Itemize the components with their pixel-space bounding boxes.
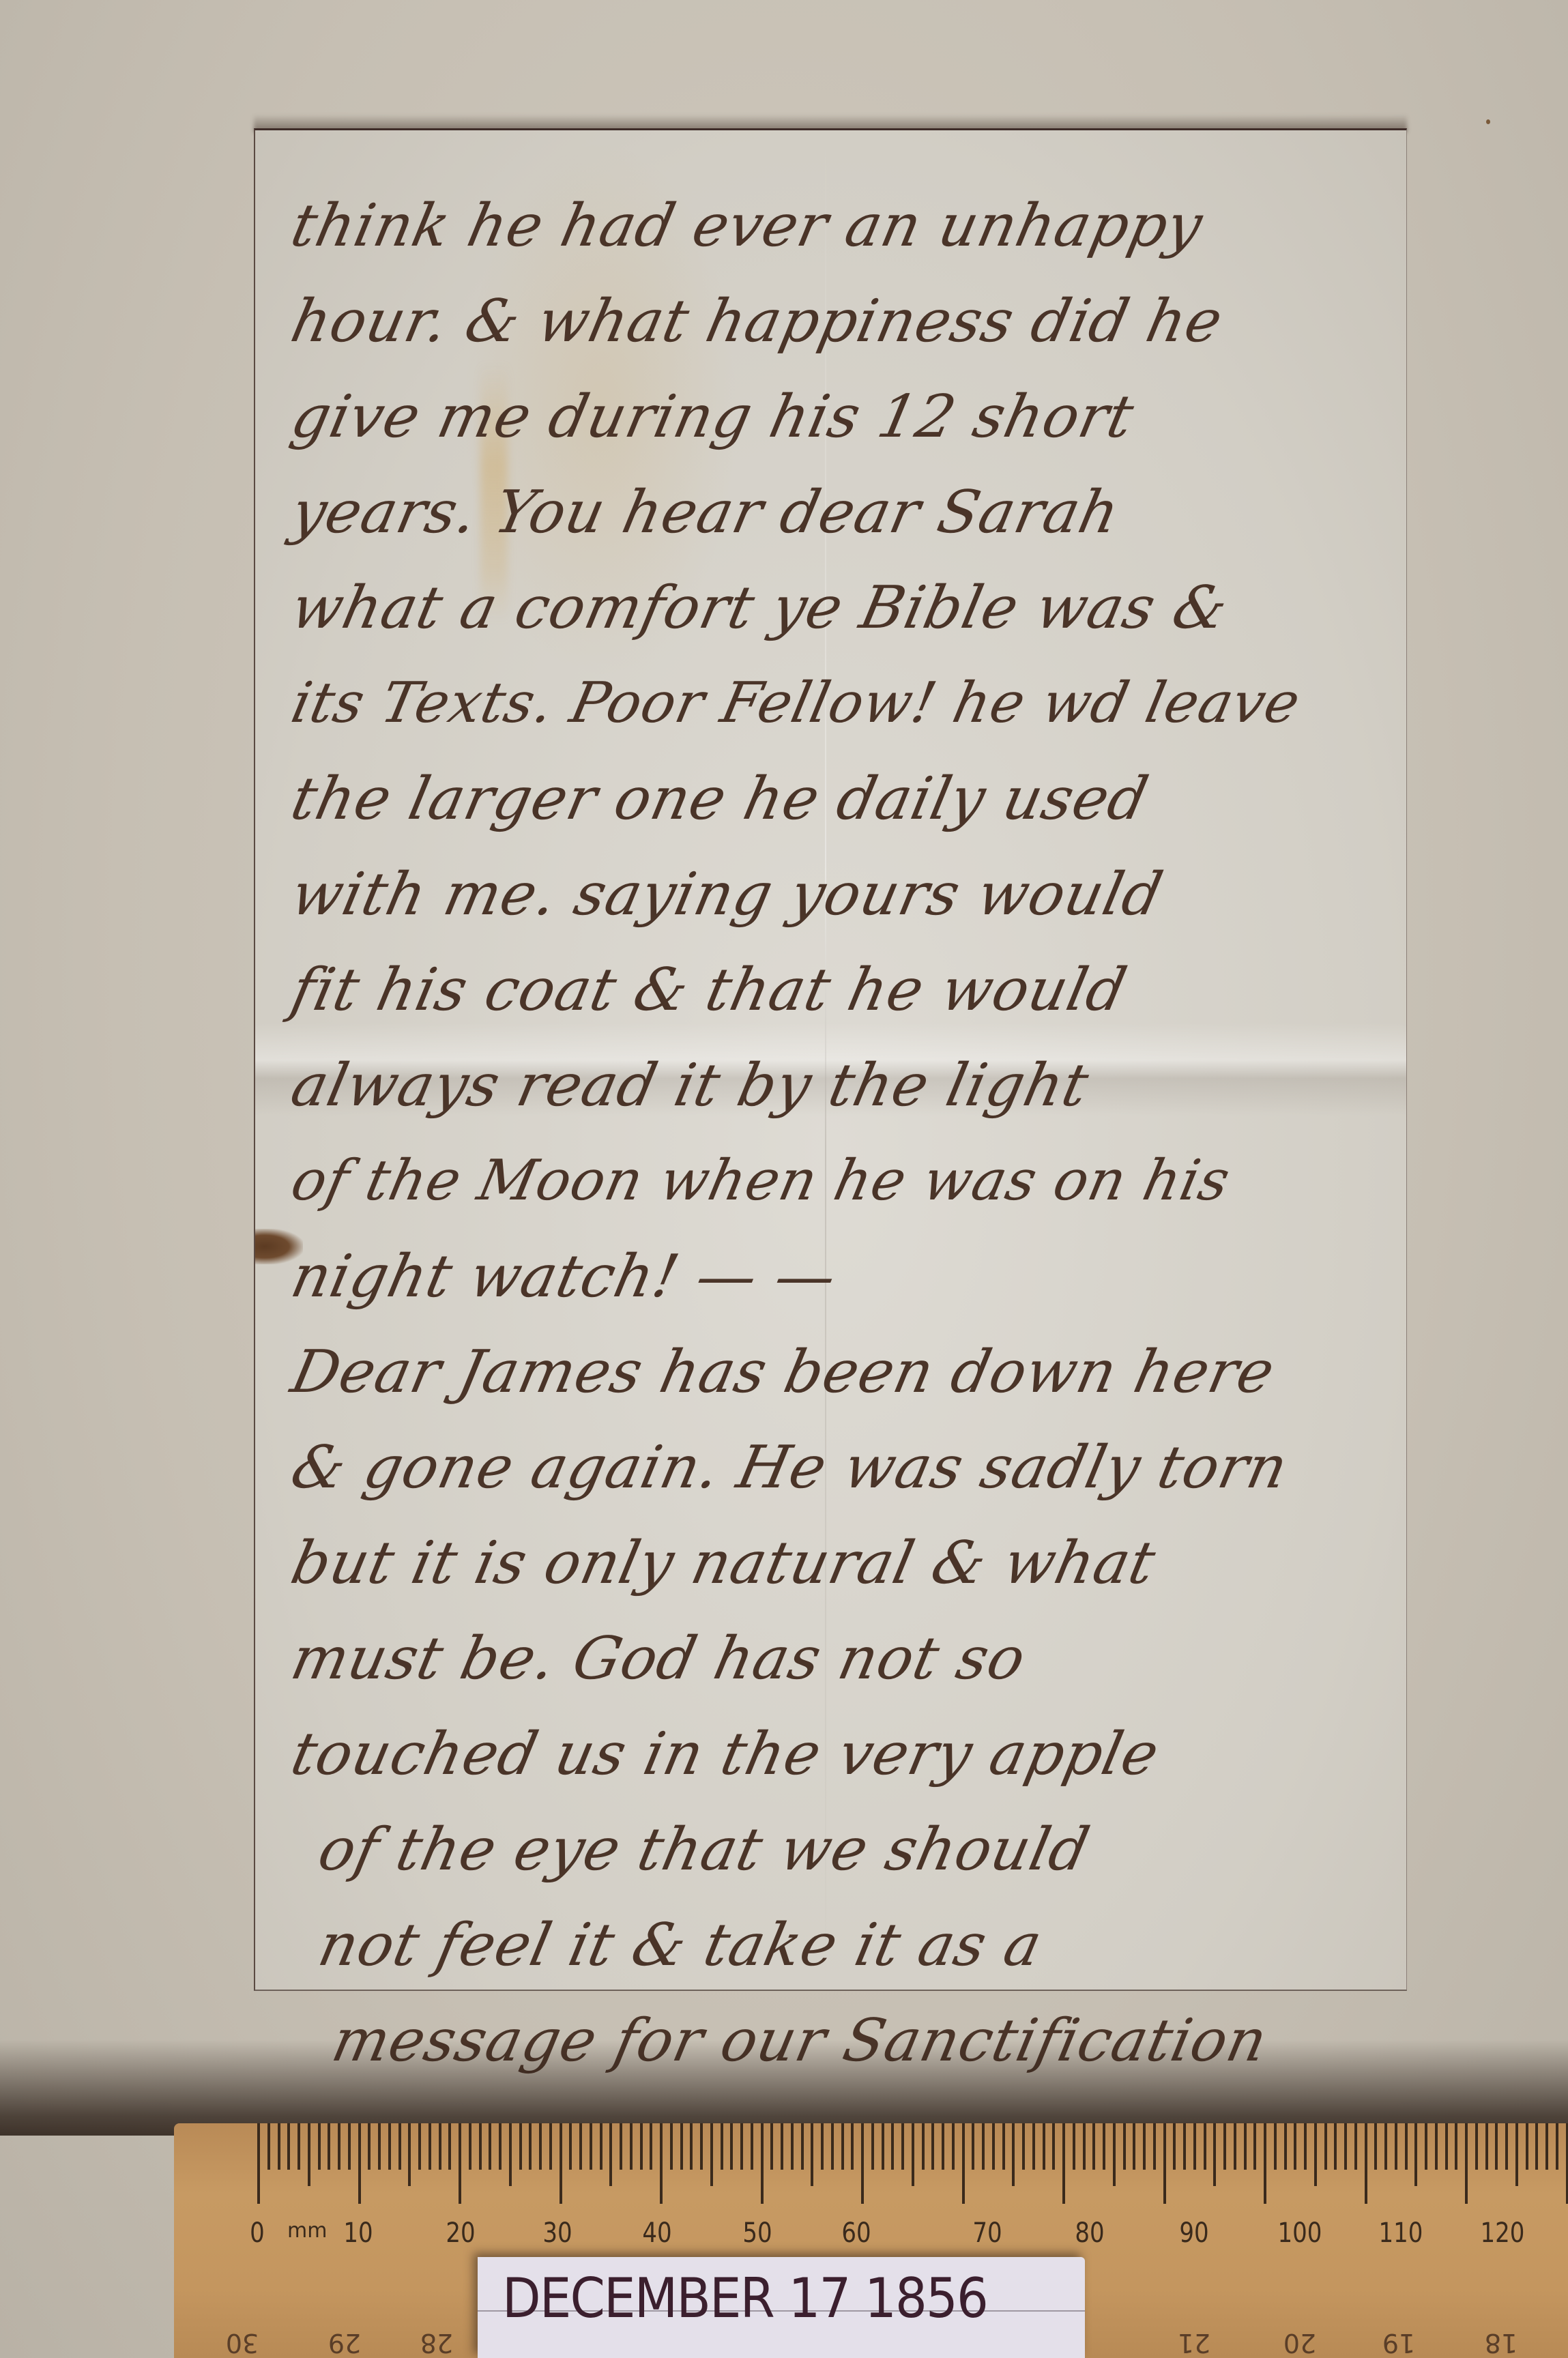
- ruler-tick: [358, 2123, 361, 2204]
- text-line: of the Moon when he was on his: [282, 1133, 1408, 1229]
- ruler-label: 30: [542, 2217, 572, 2249]
- ruler-tick: [1374, 2123, 1377, 2170]
- ruler-inverted-label: 21: [1178, 2328, 1210, 2358]
- ruler-tick: [1103, 2123, 1105, 2170]
- ruler-tick: [1545, 2123, 1548, 2170]
- ruler-tick: [579, 2123, 582, 2170]
- ruler-tick: [710, 2123, 713, 2186]
- ruler-tick: [1244, 2123, 1247, 2170]
- ruler-tick: [338, 2123, 340, 2170]
- ruler-tick: [882, 2123, 884, 2170]
- ruler-tick: [1505, 2123, 1508, 2170]
- ruler-tick: [952, 2123, 955, 2170]
- text-line: hour. & what happiness did he: [282, 274, 1408, 369]
- ruler-tick: [620, 2123, 622, 2170]
- ruler-tick: [267, 2123, 270, 2170]
- ruler-tick: [499, 2123, 502, 2170]
- ruler-label: 70: [972, 2217, 1002, 2249]
- ruler-unit-label: mm: [287, 2219, 327, 2243]
- ruler-tick: [1304, 2123, 1307, 2170]
- ruler-tick: [1133, 2123, 1135, 2170]
- ruler-tick: [529, 2123, 532, 2170]
- ruler-tick: [448, 2123, 451, 2170]
- ruler-tick: [901, 2123, 904, 2170]
- ruler-tick: [1485, 2123, 1488, 2170]
- text-line: & gone again. He was sadly torn: [282, 1420, 1408, 1515]
- ruler-tick: [1253, 2123, 1256, 2170]
- ruler-tick: [1234, 2123, 1236, 2170]
- ruler-tick: [1344, 2123, 1347, 2170]
- ruler-tick: [942, 2123, 944, 2170]
- ruler-tick: [1294, 2123, 1296, 2170]
- ruler-tick: [408, 2123, 411, 2186]
- ruler-tick: [811, 2123, 813, 2186]
- ruler-tick: [680, 2123, 683, 2170]
- ruler-tick: [1213, 2123, 1216, 2186]
- ruler-tick: [459, 2123, 461, 2204]
- ruler-tick: [1264, 2123, 1266, 2204]
- ruler-tick: [931, 2123, 934, 2170]
- ruler-tick: [1405, 2123, 1408, 2170]
- ruler-tick: [439, 2123, 441, 2170]
- ruler-tick: [630, 2123, 633, 2170]
- text-line: must be. God has not so: [282, 1611, 1408, 1706]
- ruler-tick: [972, 2123, 974, 2170]
- ruler-tick: [851, 2123, 854, 2170]
- ruler-tick: [609, 2123, 612, 2186]
- handwritten-text: think he had ever an unhappy hour. & wha…: [282, 178, 1388, 2088]
- ruler-tick: [831, 2123, 834, 2170]
- text-line: give me during his 12 short: [282, 369, 1408, 465]
- ruler-tick: [1012, 2123, 1015, 2186]
- ruler-tick: [1414, 2123, 1417, 2186]
- ruler-tick: [257, 2123, 260, 2204]
- ruler-tick: [1123, 2123, 1126, 2170]
- ruler-tick: [539, 2123, 542, 2170]
- ruler-tick: [791, 2123, 794, 2170]
- ruler-tick: [1022, 2123, 1025, 2170]
- ruler-label: 80: [1075, 2217, 1104, 2249]
- ruler-tick: [1455, 2123, 1457, 2170]
- ruler-tick: [1113, 2123, 1116, 2186]
- ruler-tick: [1566, 2123, 1568, 2204]
- ruler-tick: [418, 2123, 421, 2170]
- ruler-tick: [1052, 2123, 1055, 2170]
- text-line: Dear James has been down here: [282, 1324, 1408, 1420]
- ruler-tick: [368, 2123, 371, 2170]
- ruler-tick: [1002, 2123, 1005, 2170]
- text-line: its Texts. Poor Fellow! he wd leave: [282, 656, 1408, 751]
- ruler-tick: [1204, 2123, 1206, 2170]
- ruler-tick: [1193, 2123, 1196, 2170]
- ruler-tick: [1384, 2123, 1387, 2170]
- ruler-tick: [278, 2123, 280, 2170]
- ruler-tick: [1143, 2123, 1146, 2170]
- ruler-tick: [378, 2123, 381, 2170]
- ruler-tick: [992, 2123, 995, 2170]
- ruler-label: 10: [343, 2217, 373, 2249]
- ruler-tick: [549, 2123, 552, 2170]
- ruler-tick: [1173, 2123, 1176, 2170]
- ruler-tick: [912, 2123, 914, 2186]
- ruler-tick: [1535, 2123, 1538, 2170]
- text-line: think he had ever an unhappy: [282, 178, 1408, 274]
- ruler-tick: [388, 2123, 391, 2170]
- ruler-tick: [600, 2123, 602, 2170]
- ruler-tick: [690, 2123, 693, 2170]
- text-line: night watch! — —: [282, 1229, 1408, 1324]
- ruler-tick: [569, 2123, 572, 2170]
- ruler-tick: [328, 2123, 330, 2170]
- ruler-tick: [861, 2123, 864, 2204]
- text-line: years. You hear dear Sarah: [282, 465, 1408, 560]
- ruler-tick: [650, 2123, 652, 2170]
- ruler-tick: [821, 2123, 824, 2170]
- text-line: what a comfort ye Bible was &: [282, 560, 1408, 656]
- ruler-tick: [740, 2123, 743, 2170]
- text-line: of the eye that we should: [282, 1802, 1408, 1897]
- ruler-tick: [287, 2123, 290, 2170]
- ruler-inverted-label: 30: [226, 2328, 259, 2358]
- ruler-tick: [429, 2123, 431, 2170]
- ruler-label: 90: [1179, 2217, 1208, 2249]
- ruler-tick: [871, 2123, 874, 2170]
- ruler-tick: [841, 2123, 844, 2170]
- letter-page: think he had ever an unhappy hour. & wha…: [254, 128, 1407, 1991]
- ruler-tick: [730, 2123, 733, 2170]
- ruler-tick: [1556, 2123, 1558, 2170]
- ruler-ticks: [257, 2123, 1568, 2205]
- ruler-tick: [469, 2123, 471, 2170]
- ruler-tick: [1163, 2123, 1166, 2204]
- ruler-label: 40: [642, 2217, 671, 2249]
- ruler-tick: [1445, 2123, 1448, 2170]
- ruler-tick: [1284, 2123, 1287, 2170]
- ruler-tick: [308, 2123, 310, 2186]
- ruler-tick: [1365, 2123, 1367, 2204]
- ruler-tick: [1515, 2123, 1518, 2186]
- ruler-label: 50: [742, 2217, 772, 2249]
- ruler-shadow: [0, 2040, 1568, 2136]
- ruler-tick: [1083, 2123, 1086, 2170]
- ruler-inverted-label: 18: [1485, 2328, 1518, 2358]
- ruler-tick: [479, 2123, 482, 2170]
- text-line: not feel it & take it as a: [282, 1897, 1408, 1993]
- ruler-tick: [1435, 2123, 1438, 2170]
- ruler-tick: [770, 2123, 773, 2170]
- ruler-tick: [1324, 2123, 1327, 2170]
- ruler-label: 20: [446, 2217, 475, 2249]
- ruler-tick: [1223, 2123, 1226, 2170]
- ruler-label: 60: [841, 2217, 871, 2249]
- ruler-tick: [1495, 2123, 1498, 2170]
- ruler-inverted-label: 28: [420, 2328, 453, 2358]
- ruler-tick: [1062, 2123, 1065, 2204]
- date-label: DECEMBER 17 1856: [478, 2257, 1085, 2358]
- text-line: but it is only natural & what: [282, 1515, 1408, 1611]
- ruler-tick: [1043, 2123, 1045, 2170]
- text-line: with me. saying yours would: [282, 847, 1408, 942]
- ruler-inverted-label: 29: [328, 2328, 361, 2358]
- ruler-tick: [700, 2123, 703, 2170]
- ruler-tick: [761, 2123, 764, 2204]
- ruler-tick: [1032, 2123, 1035, 2170]
- ruler-tick: [962, 2123, 965, 2204]
- ruler-tick: [922, 2123, 925, 2170]
- ruler-tick: [721, 2123, 723, 2170]
- text-line: touched us in the very apple: [282, 1706, 1408, 1802]
- ruler-tick: [297, 2123, 300, 2170]
- ruler-tick: [751, 2123, 753, 2170]
- ruler-tick: [1425, 2123, 1427, 2170]
- ruler-tick: [670, 2123, 673, 2170]
- ruler-tick: [801, 2123, 804, 2170]
- ruler-inverted-label: 19: [1382, 2328, 1415, 2358]
- paper-speck: [1486, 119, 1490, 124]
- ruler-tick: [1274, 2123, 1277, 2170]
- ruler-tick: [560, 2123, 562, 2204]
- ruler-tick: [590, 2123, 592, 2170]
- ruler-label: 120: [1481, 2217, 1525, 2249]
- ruler-label: 110: [1379, 2217, 1423, 2249]
- ruler-tick: [1183, 2123, 1186, 2170]
- text-line: the larger one he daily used: [282, 751, 1408, 847]
- ruler-tick: [1475, 2123, 1478, 2170]
- ruler-tick: [318, 2123, 321, 2170]
- ruler-tick: [1153, 2123, 1156, 2170]
- ruler-tick: [1314, 2123, 1317, 2186]
- ruler-tick: [398, 2123, 401, 2170]
- ruler-tick: [1395, 2123, 1397, 2170]
- ruler-tick: [1354, 2123, 1357, 2170]
- ruler-tick: [1334, 2123, 1337, 2170]
- ruler-label: 0: [250, 2217, 265, 2249]
- ruler-tick: [640, 2123, 643, 2170]
- ruler-label: 100: [1278, 2217, 1322, 2249]
- ruler-tick: [348, 2123, 351, 2170]
- ruler-inverted-label: 20: [1283, 2328, 1316, 2358]
- date-label-text: DECEMBER 17 1856: [502, 2267, 987, 2330]
- ruler-tick: [781, 2123, 783, 2170]
- ruler-tick: [891, 2123, 894, 2170]
- text-line: fit his coat & that he would: [282, 942, 1408, 1038]
- ruler-tick: [1073, 2123, 1075, 2170]
- ruler-tick: [509, 2123, 512, 2186]
- text-line: always read it by the light: [282, 1038, 1408, 1133]
- ruler-tick: [1526, 2123, 1528, 2170]
- ruler-tick: [489, 2123, 491, 2170]
- ruler-tick: [1465, 2123, 1468, 2204]
- ruler-tick: [1092, 2123, 1095, 2170]
- ruler-tick: [660, 2123, 663, 2204]
- ruler-tick: [519, 2123, 522, 2170]
- ruler-tick: [982, 2123, 985, 2170]
